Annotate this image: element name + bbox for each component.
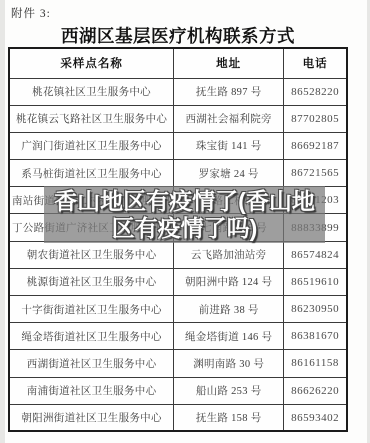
cell-address: 抚生路 897 号	[174, 78, 284, 105]
cell-phone: 86381670	[284, 323, 347, 350]
table-row: 南浦街道社区卫生服务中心船山路 253 号86626220	[9, 377, 347, 404]
cell-phone: 86626220	[284, 377, 347, 404]
cell-name: 广润门街道社区卫生服务中心	[9, 132, 174, 159]
cell-phone: 86574824	[284, 241, 347, 268]
cell-name: 系马桩街道社区卫生服务中心	[9, 160, 174, 187]
attachment-label: 附件 3:	[11, 5, 51, 21]
table-row: 西湖街道社区卫生服务中心渊明南路 30 号86161158	[9, 350, 347, 377]
column-header-phone: 电话	[284, 48, 347, 78]
cell-name: 十字街街道社区卫生服务中心	[9, 296, 174, 323]
column-header-address: 地址	[174, 48, 284, 78]
cell-phone: 86593402	[284, 404, 347, 431]
document-title: 西湖区基层医疗机构联系方式	[8, 23, 348, 48]
cell-address: 抚生路 158 号	[174, 404, 284, 431]
cell-name: 桃源街道社区卫生服务中心	[9, 268, 174, 295]
cell-name: 朝农街道社区卫生服务中心	[9, 241, 174, 268]
watermark-line-2: 区有疫情了吗)	[112, 215, 258, 242]
table-row: 桃花镇云飞路社区卫生服务中心西湖社会福利院旁87702805	[9, 105, 347, 132]
cell-phone: 86230950	[284, 296, 347, 323]
table-row: 朝阳洲街道社区卫生服务中心抚生路 158 号86593402	[9, 404, 347, 431]
cell-phone: 86528220	[284, 78, 347, 105]
cell-name: 桃花镇社区卫生服务中心	[9, 78, 174, 105]
table-row: 十字街街道社区卫生服务中心前进路 38 号86230950	[9, 296, 347, 323]
cell-address: 珠宝街 141 号	[174, 132, 284, 159]
cell-phone: 86519610	[284, 268, 347, 295]
cell-address: 云飞路加油站旁	[174, 241, 284, 268]
cell-phone: 87702805	[284, 105, 347, 132]
cell-address: 渊明南路 30 号	[174, 350, 284, 377]
cell-name: 南浦街道社区卫生服务中心	[9, 377, 174, 404]
cell-address: 罗家塘 24 号	[174, 160, 284, 187]
cell-name: 西湖街道社区卫生服务中心	[9, 350, 174, 377]
table-row: 绳金塔街道社区卫生服务中心绳金塔街道 146 号86381670	[9, 323, 347, 350]
cell-phone: 86161158	[284, 350, 347, 377]
cell-name: 朝阳洲街道社区卫生服务中心	[9, 404, 174, 431]
cell-address: 绳金塔街道 146 号	[174, 323, 284, 350]
cell-address: 前进路 38 号	[174, 296, 284, 323]
cell-address: 朝阳洲中路 124 号	[174, 268, 284, 295]
table-row: 桃源街道社区卫生服务中心朝阳洲中路 124 号86519610	[9, 268, 347, 295]
cell-address: 船山路 253 号	[174, 377, 284, 404]
cell-phone: 86692187	[284, 132, 347, 159]
header-row: 采样点名称 地址 电话	[9, 48, 347, 78]
column-header-sampling-point: 采样点名称	[9, 48, 174, 78]
table-row: 朝农街道社区卫生服务中心云飞路加油站旁86574824	[9, 241, 347, 268]
cell-address: 西湖社会福利院旁	[174, 105, 284, 132]
table-body: 桃花镇社区卫生服务中心抚生路 897 号86528220桃花镇云飞路社区卫生服务…	[9, 78, 347, 431]
watermark-line-1: 香山地区有疫情了(香山地	[54, 188, 315, 215]
cell-phone: 86721565	[284, 160, 347, 187]
table-row: 桃花镇社区卫生服务中心抚生路 897 号86528220	[9, 78, 347, 105]
cell-name: 桃花镇云飞路社区卫生服务中心	[9, 105, 174, 132]
watermark-overlay: 香山地区有疫情了(香山地 区有疫情了吗)	[44, 186, 325, 243]
table-header: 采样点名称 地址 电话	[9, 48, 347, 78]
table-row: 系马桩街道社区卫生服务中心罗家塘 24 号86721565	[9, 160, 347, 187]
table-row: 广润门街道社区卫生服务中心珠宝街 141 号86692187	[9, 132, 347, 159]
document-screenshot: 附件 3: 西湖区基层医疗机构联系方式 采样点名称 地址 电话 桃花镇社区卫生服…	[0, 0, 370, 443]
cell-name: 绳金塔街道社区卫生服务中心	[9, 323, 174, 350]
